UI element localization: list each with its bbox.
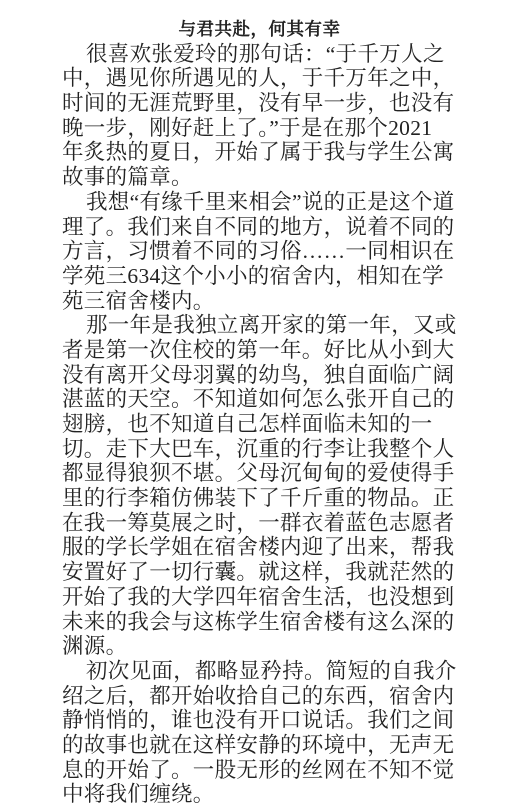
text-line: 在我一筹莫展之时，一群衣着蓝色志愿者 (62, 511, 457, 536)
text-line: 没有离开父母羽翼的幼鸟，独自面临广阔 (62, 363, 457, 388)
paragraph: 我想“有缘千里来相会”说的正是这个道理了。我们来自不同的地方，说着不同的方言，习… (62, 190, 457, 313)
text-line: 都显得狼狈不堪。父母沉甸甸的爱使得手 (62, 461, 457, 486)
paragraph: 那一年是我独立离开家的第一年，又或者是第一次住校的第一年。好比从小到大没有离开父… (62, 313, 457, 659)
text-line: 切。走下大巴车，沉重的行李让我整个人 (62, 437, 457, 462)
text-line: 中，遇见你所遇见的人，于千万年之中， (62, 66, 457, 91)
text-line: 时间的无涯荒野里，没有早一步，也没有 (62, 91, 457, 116)
text-line: 很喜欢张爱玲的那句话：“于千万人之 (62, 42, 457, 67)
text-line: 静悄悄的，谁也没有开口说话。我们之间 (62, 708, 457, 733)
text-line: 开始了我的大学四年宿舍生活，也没想到 (62, 585, 457, 610)
text-line: 中将我们缠绕。 (62, 782, 457, 803)
text-line: 湛蓝的天空。不知道如何怎么张开自己的 (62, 387, 457, 412)
text-line: 那一年是我独立离开家的第一年，又或 (62, 313, 457, 338)
document-body: 很喜欢张爱玲的那句话：“于千万人之中，遇见你所遇见的人，于千万年之中，时间的无涯… (62, 42, 457, 803)
text-line: 年炙热的夏日，开始了属于我与学生公寓 (62, 140, 457, 165)
text-line: 初次见面，都略显矜持。简短的自我介 (62, 659, 457, 684)
text-line: 的故事也就在这样安静的环境中，无声无 (62, 733, 457, 758)
text-line: 故事的篇章。 (62, 165, 457, 190)
text-line: 未来的我会与这栋学生宿舍楼有这么深的 (62, 610, 457, 635)
text-line: 我想“有缘千里来相会”说的正是这个道 (62, 190, 457, 215)
text-line: 苑三宿舍楼内。 (62, 289, 457, 314)
text-line: 理了。我们来自不同的地方，说着不同的 (62, 215, 457, 240)
text-line: 息的开始了。一股无形的丝网在不知不觉 (62, 758, 457, 783)
text-line: 翅膀，也不知道自己怎样面临未知的一 (62, 412, 457, 437)
paragraph: 很喜欢张爱玲的那句话：“于千万人之中，遇见你所遇见的人，于千万年之中，时间的无涯… (62, 42, 457, 190)
text-line: 方言，习惯着不同的习俗……一同相识在 (62, 239, 457, 264)
text-line: 绍之后，都开始收拾自己的东西，宿舍内 (62, 684, 457, 709)
document-title: 与君共赴，何其有幸 (62, 17, 457, 42)
text-line: 渊源。 (62, 634, 457, 659)
document: 与君共赴，何其有幸 很喜欢张爱玲的那句话：“于千万人之中，遇见你所遇见的人，于千… (0, 0, 519, 803)
document-page: { "colors": { "background": "#ffffff", "… (0, 0, 519, 803)
text-line: 学苑三634这个小小的宿舍内，相知在学 (62, 264, 457, 289)
paragraph: 初次见面，都略显矜持。简短的自我介绍之后，都开始收拾自己的东西，宿舍内静悄悄的，… (62, 659, 457, 803)
text-line: 晚一步，刚好赶上了。”于是在那个2021 (62, 116, 457, 141)
text-line: 安置好了一切行囊。就这样，我就茫然的 (62, 560, 457, 585)
text-line: 服的学长学姐在宿舍楼内迎了出来，帮我 (62, 535, 457, 560)
text-line: 里的行李箱仿佛装下了千斤重的物品。正 (62, 486, 457, 511)
text-line: 者是第一次住校的第一年。好比从小到大 (62, 338, 457, 363)
